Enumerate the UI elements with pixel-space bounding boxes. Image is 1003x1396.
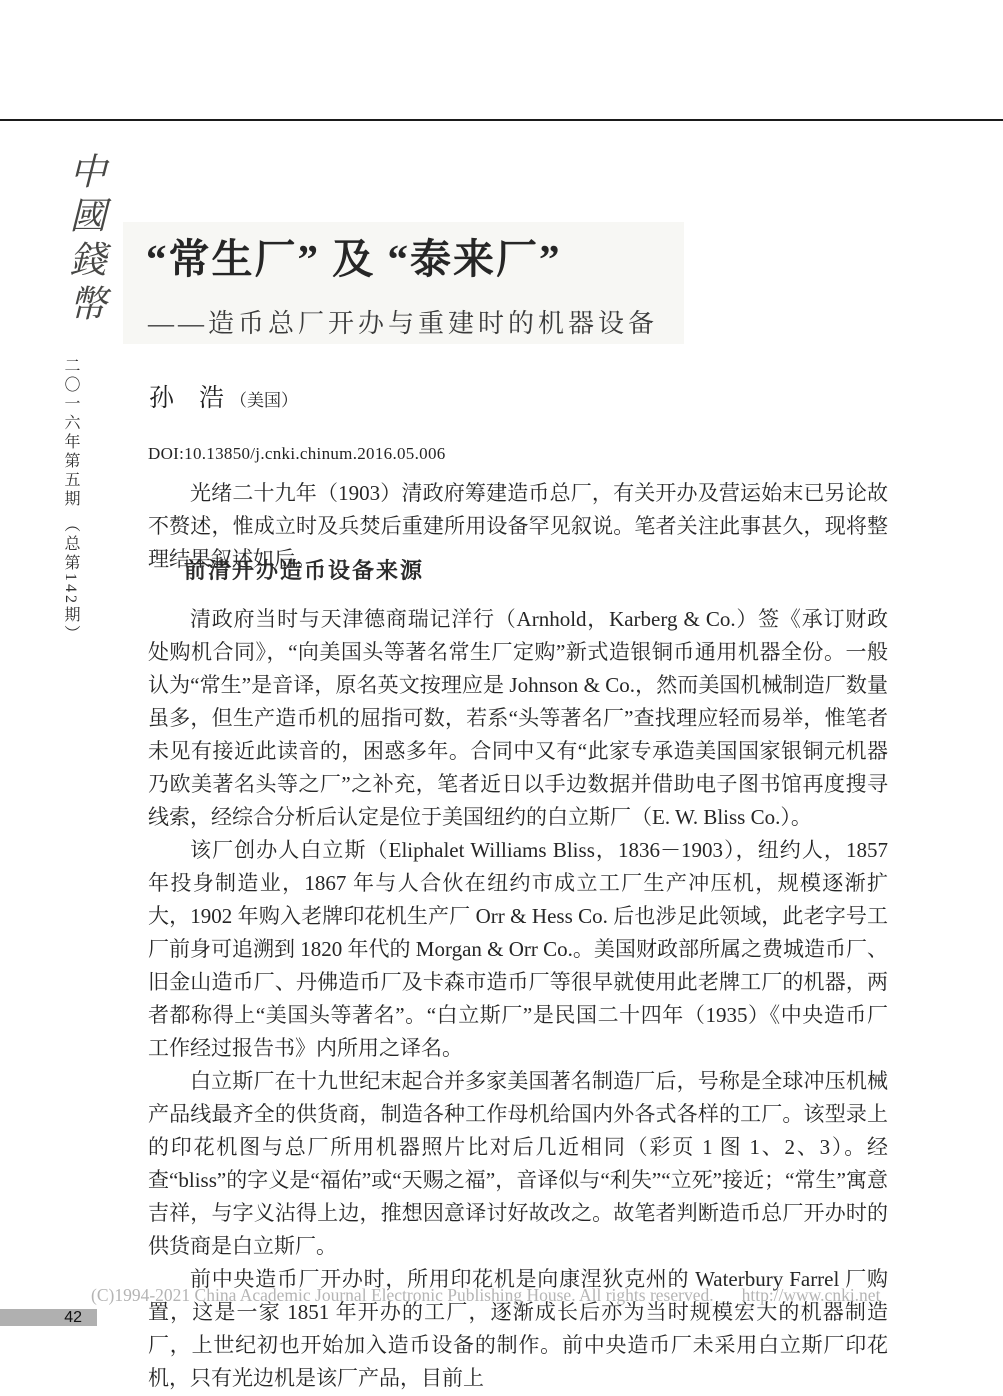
- journal-logo-vertical: 中國錢幣: [56, 152, 110, 328]
- article-subtitle: ——造币总厂开办与重建时的机器设备: [148, 303, 658, 340]
- footer-url: http://www.cnki.net: [742, 1285, 881, 1305]
- article-body: 清政府当时与天津德商瑞记洋行（Arnhold，Karberg & Co.）签《承…: [148, 603, 888, 1395]
- page-number: 42: [64, 1309, 97, 1326]
- journal-page: 中國錢幣 二〇一六年第五期 （总第142期） “常生厂” 及 “泰来厂” ——造…: [0, 0, 1003, 1396]
- journal-issue-vertical: 二〇一六年第五期 （总第142期）: [59, 357, 82, 644]
- header-divider: [0, 119, 1003, 121]
- author-region: （美国）: [230, 391, 298, 410]
- paragraph: 清政府当时与天津德商瑞记洋行（Arnhold，Karberg & Co.）签《承…: [148, 603, 888, 834]
- author-name: 孙 浩: [149, 385, 224, 412]
- page-number-badge: 42: [0, 1309, 97, 1326]
- author-line: 孙 浩（美国）: [149, 378, 298, 414]
- paragraph: 前中央造币厂开办时，所用印花机是向康涅狄克州的 Waterbury Farrel…: [148, 1263, 888, 1395]
- doi-line: DOI:10.13850/j.cnki.chinum.2016.05.006: [148, 444, 446, 464]
- paragraph: 该厂创办人白立斯（Eliphalet Williams Bliss，1836－1…: [148, 834, 888, 1065]
- article-title: “常生厂” 及 “泰来厂”: [146, 226, 562, 285]
- footer-copyright-line: (C)1994-2021 China Academic Journal Elec…: [91, 1285, 880, 1306]
- footer-copyright-text: (C)1994-2021 China Academic Journal Elec…: [91, 1285, 714, 1305]
- paragraph: 白立斯厂在十九世纪末起合并多家美国著名制造厂后，号称是全球冲压机械产品线最齐全的…: [148, 1065, 888, 1263]
- section-heading: 前清开办造币设备来源: [184, 554, 424, 585]
